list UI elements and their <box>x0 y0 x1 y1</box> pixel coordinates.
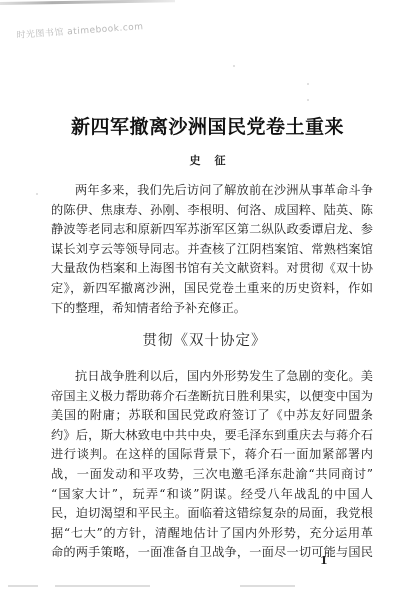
article-title: 新四军撤离沙洲国民党卷土重来 <box>0 112 415 139</box>
paragraph-line: 两年多来，我们先后访问了解放前在沙洲从事革命斗争 <box>51 181 373 201</box>
paragraph-line: 静波等老同志和原新四军苏浙军区第二纵队政委谭启龙、参 <box>51 220 373 240</box>
paragraph-line: 进行谈判。在这样的国际背景下，蒋介石一面加紧部署内 <box>51 445 373 465</box>
paragraph-line: 美国的附庸；苏联和国民党政府签订了《中苏友好同盟条 <box>51 406 373 426</box>
paragraph-line: 抗日战争胜利以后，国内外形势发生了急剧的变化。美 <box>51 367 373 387</box>
paragraph-line: 大量敌伪档案和上海图书馆有关文献资料。对贯彻《双十协 <box>51 259 373 279</box>
paragraph-line: 的陈伊、焦康寿、孙刚、李根明、何洛、成国粹、陆英、陈 <box>51 201 373 221</box>
watermark: 时光图书馆 atimebook.com <box>16 19 144 41</box>
scan-artifact <box>55 585 150 587</box>
section-paragraph: 抗日战争胜利以后，国内外形势发生了急剧的变化。美 帝国主义极力帮助蒋介石垄断抗日… <box>51 367 373 563</box>
paragraph-line: 战，一面发动和平攻势，三次电邀毛泽东赴渝“共同商讨” <box>51 465 373 485</box>
scan-artifact <box>8 585 38 587</box>
paragraph-line: 谋长刘亨云等领导同志。并查核了江阴档案馆、常熟档案馆 <box>51 240 373 260</box>
intro-paragraph: 两年多来，我们先后访问了解放前在沙洲从事革命斗争 的陈伊、焦康寿、孙刚、李根明、… <box>51 181 373 318</box>
paragraph-line: “国家大计”，玩弄“和谈”阴谋。经受八年战乱的中国人 <box>51 485 373 505</box>
paragraph-line: 帝国主义极力帮助蒋介石垄断抗日胜利果实，以便变中国为 <box>51 387 373 407</box>
scan-speck <box>233 65 235 67</box>
paragraph-line: 民，迫切渴望和平民主。面临着这错综复杂的局面，我党根 <box>51 504 373 524</box>
scan-speck <box>307 99 309 101</box>
page-number: 1 <box>320 554 328 567</box>
paragraph-line: 据“七大”的方针，清醒地估计了国内外形势，充分运用革 <box>51 524 373 544</box>
scan-edge-artifact <box>0 0 175 5</box>
paragraph-line: 下的整理，希知情者给予补充修正。 <box>51 299 373 319</box>
scan-speck <box>36 193 38 195</box>
paragraph-line: 定》，新四军撤离沙洲，国民党卷土重来的历史资料，作如 <box>51 279 373 299</box>
section-heading: 贯彻《双十协定》 <box>0 329 415 350</box>
scan-speck <box>307 83 309 85</box>
article-author: 史征 <box>0 152 415 168</box>
scan-artifact <box>240 585 295 587</box>
paragraph-line: 约》后，斯大林致电中共中央，要毛泽东到重庆去与蒋介石 <box>51 426 373 446</box>
